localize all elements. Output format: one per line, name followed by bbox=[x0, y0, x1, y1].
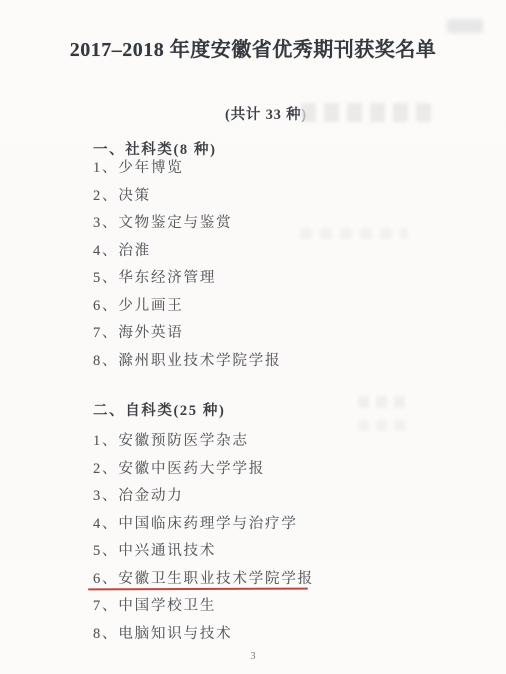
bleedthrough-artifact bbox=[447, 19, 483, 33]
list-item: 7、海外英语 bbox=[93, 320, 476, 348]
red-underline-annotation bbox=[88, 588, 308, 591]
section-social-science: 一、社科类(8 种) 1、少年博览 2、决策 3、文物鉴定与鉴赏 4、治淮 5、… bbox=[93, 141, 476, 375]
list-item: 3、文物鉴定与鉴赏 bbox=[93, 210, 476, 238]
document-title: 2017–2018 年度安徽省优秀期刊获奖名单 bbox=[0, 33, 506, 62]
list-item: 6、少儿画王 bbox=[93, 293, 476, 321]
journal-list: 1、安徽预防医学杂志 2、安徽中医药大学学报 3、冶金动力 4、中国临床药理学与… bbox=[93, 428, 476, 648]
list-item: 4、中国临床药理学与治疗学 bbox=[93, 511, 476, 539]
list-item: 2、决策 bbox=[93, 183, 476, 211]
list-item: 5、中兴通讯技术 bbox=[93, 538, 476, 566]
list-item: 4、治淮 bbox=[93, 238, 476, 266]
list-item: 1、少年博览 bbox=[93, 155, 476, 183]
list-item: 1、安徽预防医学杂志 bbox=[93, 428, 476, 456]
list-item: 7、中国学校卫生 bbox=[93, 593, 476, 621]
list-item: 3、冶金动力 bbox=[93, 483, 476, 511]
page-number: 3 bbox=[0, 651, 506, 662]
list-item: 8、电脑知识与技术 bbox=[93, 621, 476, 649]
journal-list: 1、少年博览 2、决策 3、文物鉴定与鉴赏 4、治淮 5、华东经济管理 6、少儿… bbox=[93, 155, 476, 375]
list-item: 2、安徽中医药大学学报 bbox=[93, 456, 476, 484]
scanned-document-page: 2017–2018 年度安徽省优秀期刊获奖名单 (共计 33 种) 一、社科类(… bbox=[0, 0, 506, 674]
section-natural-science: 二、自科类(25 种) 1、安徽预防医学杂志 2、安徽中医药大学学报 3、冶金动… bbox=[93, 402, 476, 648]
section-heading: 二、自科类(25 种) bbox=[93, 402, 476, 421]
list-item-underlined: 6、安徽卫生职业技术学院学报 bbox=[93, 566, 476, 594]
document-subtitle: (共计 33 种) bbox=[13, 103, 506, 124]
list-item: 8、滁州职业技术学院学报 bbox=[93, 348, 476, 376]
list-item: 5、华东经济管理 bbox=[93, 265, 476, 293]
